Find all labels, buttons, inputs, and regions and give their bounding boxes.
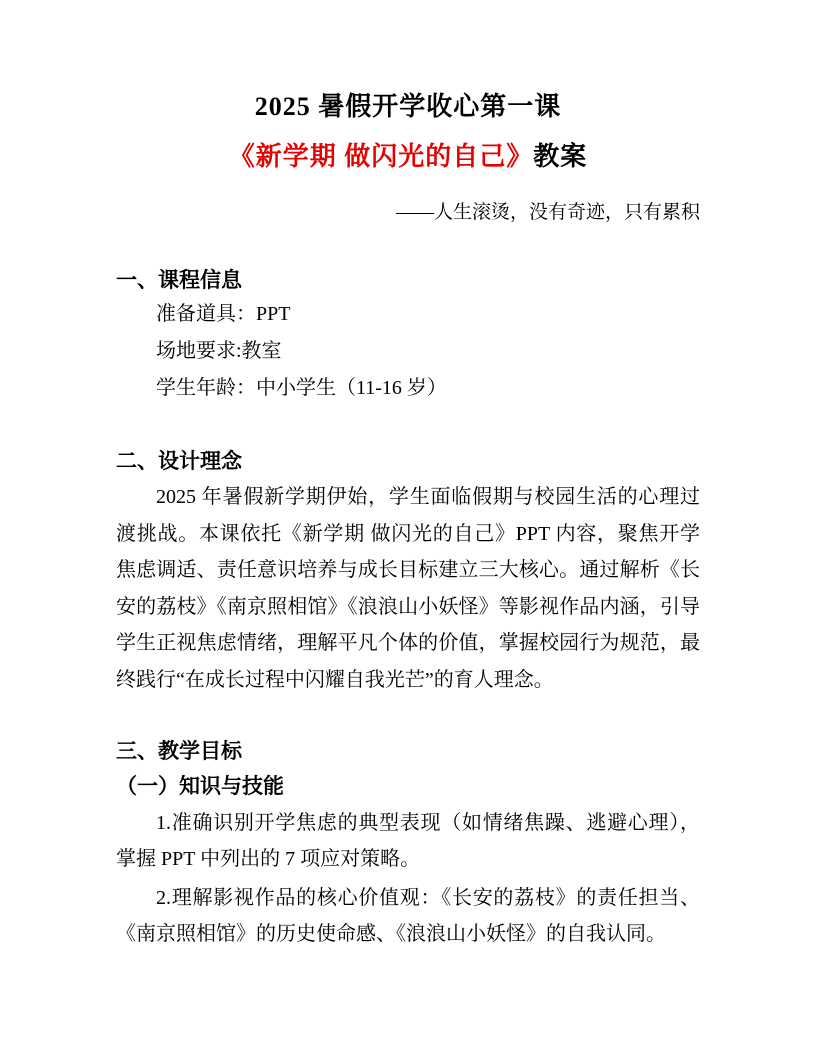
document-subtitle: 《新学期 做闪光的自己》教案: [116, 136, 700, 178]
subheading-knowledge-skills: （一）知识与技能: [116, 772, 700, 802]
document-subtitle-booktitle: 《新学期 做闪光的自己》: [229, 142, 534, 171]
section-heading-objectives: 三、教学目标: [116, 737, 700, 767]
epigraph: ——人生滚烫，没有奇迹，只有累积: [116, 200, 700, 226]
document-page: 2025 暑假开学收心第一课 《新学期 做闪光的自己》教案 ——人生滚烫，没有奇…: [0, 0, 816, 1056]
objective-item-1: 1.准确识别开学焦虑的典型表现（如情绪焦躁、逃避心理），掌握 PPT 中列出的 …: [116, 805, 700, 878]
course-info-item-venue: 场地要求:教室: [116, 333, 700, 370]
document-subtitle-suffix: 教案: [533, 142, 587, 171]
design-paragraph: 2025 年暑假新学期伊始，学生面临假期与校园生活的心理过渡挑战。本课依托《新学…: [116, 479, 700, 699]
objective-item-2: 2.理解影视作品的核心价值观：《长安的荔枝》的责任担当、《南京照相馆》的历史使命…: [116, 880, 700, 953]
course-info-item-props: 准备道具：PPT: [116, 296, 700, 333]
section-heading-course-info: 一、课程信息: [116, 266, 700, 296]
document-title: 2025 暑假开学收心第一课: [116, 86, 700, 128]
course-info-item-age: 学生年龄：中小学生（11-16 岁）: [116, 370, 700, 407]
section-heading-design: 二、设计理念: [116, 447, 700, 477]
